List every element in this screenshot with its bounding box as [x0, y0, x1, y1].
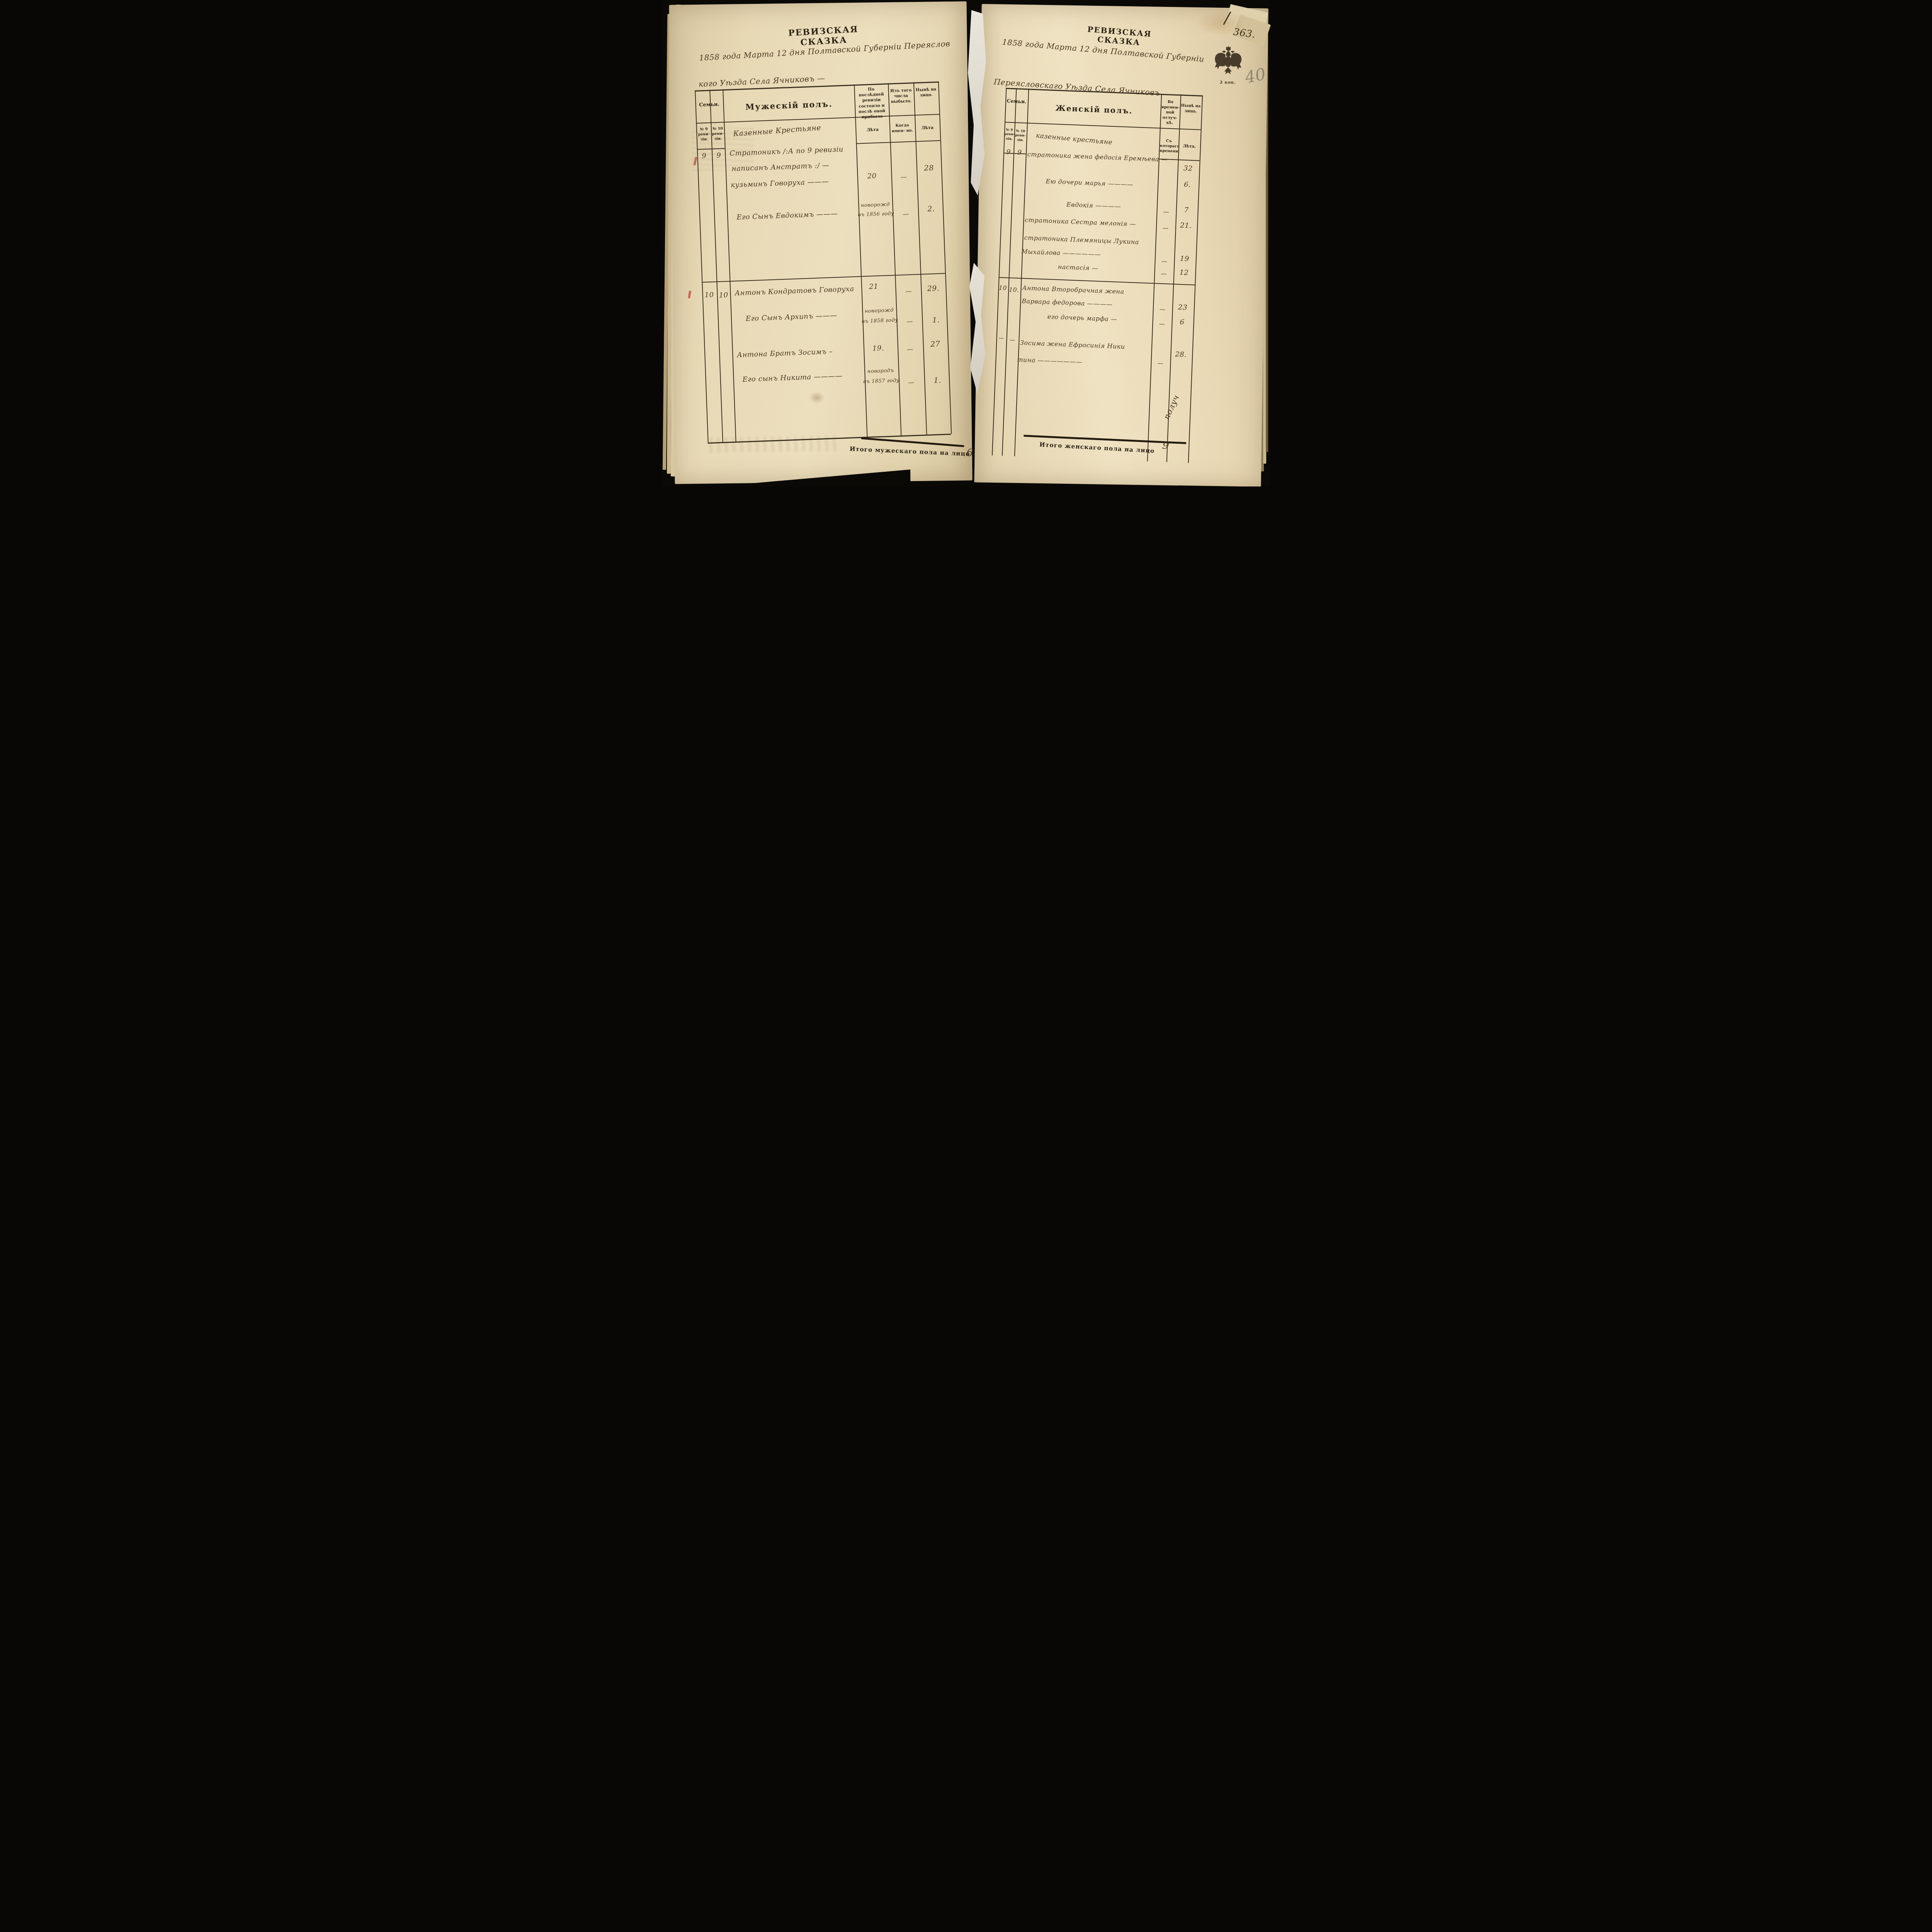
absence-dash: — — [1155, 257, 1173, 265]
age-now: 23 — [1172, 303, 1193, 312]
entry-name-line: написанъ Анстратъ :/ — — [731, 161, 829, 173]
estate-handwritten-note: казенные крестьяне — [1035, 132, 1144, 149]
revision9-subheader: № 9 реви- зіи. — [696, 127, 711, 142]
revenue-stamp: 2 коп. — [1212, 44, 1244, 89]
departed-dash: — — [899, 317, 921, 325]
absence-dash: — — [1157, 208, 1175, 216]
entry-name-line: Варвара федорова ———— — [1021, 297, 1112, 308]
entry-name-line: Его сынъ Никита ———— — [742, 372, 842, 383]
pencil-note: 40 — [1243, 65, 1267, 87]
scanned-revision-list-spread: РЕВИЗСКАЯ СКАЗКА 1858 года Марта 12 дня … — [662, 0, 1270, 486]
entry-name-line: Мыхайлова —————— — [1021, 248, 1101, 258]
entry-name-line: стратоника Племяницы Лукина — [1024, 234, 1139, 245]
right-page-female-sheet: 363. РЕВИЗСКАЯ СКАЗКА 1858 года Марта 12… — [974, 4, 1268, 486]
age-now: 7 — [1176, 206, 1197, 214]
since-when-subheader: Съ котораго времени. — [1160, 139, 1178, 154]
age-now: 28. — [1170, 350, 1191, 359]
age-now: 29. — [922, 284, 944, 293]
when-exactly-subheader: Когда имен- но. — [890, 122, 914, 134]
absence-dash: — — [1155, 270, 1173, 277]
male-table: Семьи. Мужескій полъ. По послѣдней ревиз… — [695, 82, 953, 476]
rev9-number: 9 — [698, 152, 711, 160]
newborn-note: въ 1856 году — [857, 211, 893, 218]
revision10-subheader: № 10 реви- зіи. — [711, 126, 724, 142]
temporary-absence-col-header: Во времен- ной отлуч- кѣ. — [1160, 99, 1179, 126]
rev10-number: 9 — [1014, 148, 1025, 156]
newborn-note: новорожд — [858, 201, 892, 208]
entry-name-line: стратоника жена федосія Еремѣева — — [1027, 151, 1168, 163]
table-line — [723, 89, 736, 441]
years-subheader: Лѣта — [915, 125, 939, 131]
now-present-col-header: Нынѣ на лицо. — [1180, 103, 1201, 114]
newborn-note: новородъ — [863, 367, 897, 374]
entry-name-line: Его Сынъ Архипъ ——— — [745, 311, 837, 323]
newborn-note: новорожд — [862, 307, 896, 314]
rev10-dash: — — [1007, 337, 1018, 344]
left-page-male-sheet: РЕВИЗСКАЯ СКАЗКА 1858 года Марта 12 дня … — [669, 1, 972, 484]
age-now: 21. — [1175, 221, 1196, 230]
departed-dash: — — [900, 378, 922, 386]
table-line — [697, 148, 724, 150]
age-now: 32 — [1177, 164, 1199, 173]
total-rule-line — [861, 437, 964, 447]
absence-dash: — — [1153, 320, 1171, 328]
revision10-subheader: № 10 реви- зіи. — [1014, 129, 1026, 143]
age-now: 19 — [1174, 254, 1195, 263]
departed-dash: — — [893, 173, 915, 181]
absence-dash: — — [1153, 305, 1172, 313]
age-last-revision: 19. — [866, 344, 891, 353]
family-divider-line — [702, 273, 945, 283]
years-subheader: Лѣта. — [1179, 143, 1199, 150]
rev9-number: 10 — [997, 284, 1009, 292]
stamp-value-caption: 2 коп. — [1212, 80, 1243, 85]
red-margin-mark — [688, 291, 691, 299]
age-now: 6. — [1177, 180, 1198, 189]
age-now: 6 — [1172, 318, 1193, 327]
entry-name-line: Зосима жена Ефросинія Ники — [1020, 339, 1125, 350]
age-now: 2. — [920, 204, 942, 214]
age-now: 27 — [924, 340, 946, 349]
absence-dash: — — [1156, 224, 1175, 232]
table-line — [695, 90, 708, 442]
departed-dash: — — [895, 210, 917, 218]
years-subheader: Лѣта — [856, 127, 888, 134]
table-line — [709, 90, 723, 442]
age-last-revision: 21 — [862, 282, 885, 291]
female-sex-header: Женскій полъ. — [1027, 102, 1160, 117]
female-total-value: 9 — [1162, 439, 1170, 452]
table-line — [1147, 94, 1162, 461]
male-sex-header: Мужескій полъ. — [723, 98, 855, 114]
female-table: Семьи. Женскій полъ. Во времен- ной отлу… — [991, 88, 1203, 478]
male-total-label: Итого мужескаго пола на лицо — [849, 445, 970, 457]
entry-name-line: кузьминъ Говоруха ——— — [730, 177, 829, 189]
rev10-number: 10. — [1008, 286, 1020, 294]
margin-handwritten-note: получ — [1162, 393, 1180, 421]
entry-name-line: Ею дочери марья ———— — [1045, 177, 1133, 188]
table-line — [1188, 95, 1203, 463]
departed-dash: — — [899, 345, 921, 353]
rev10-number: 9 — [713, 151, 724, 160]
rev10-number: 10 — [718, 291, 730, 299]
rev9-number: 10 — [702, 291, 716, 299]
family-col-header: Семьи. — [695, 101, 723, 109]
table-line — [696, 114, 940, 124]
table-line — [856, 140, 940, 144]
entry-name-line: стратоника Сестра мелонія — — [1024, 216, 1136, 228]
age-last-revision: 20 — [859, 172, 884, 180]
now-present-col-header: Нынѣ на лицо. — [914, 87, 938, 99]
imperial-eagle-icon — [1213, 44, 1243, 80]
entry-name-line: Стратоникъ /:А по 9 ревизіи — [729, 145, 843, 158]
family-col-header: Семьи. — [1005, 98, 1028, 105]
rev9-number: 9 — [1003, 148, 1014, 156]
revision9-subheader: № 9 реви- зіи. — [1004, 128, 1014, 141]
age-now: 1. — [926, 376, 948, 385]
entry-name-line: настасія — — [1058, 263, 1098, 272]
age-now: 12 — [1173, 268, 1194, 277]
departed-col-header: Изъ того числа выбыло. — [889, 87, 913, 105]
newborn-note: въ 1857 году — [863, 378, 898, 384]
table-line — [1014, 88, 1029, 456]
entry-name-line: Антона Второбрачная жена — [1022, 284, 1124, 295]
newborn-note: въ 1858 году — [862, 317, 897, 324]
entry-name-line: Антона Братъ Зосимъ – — [736, 347, 832, 359]
rev9-dash: — — [996, 335, 1007, 342]
absence-dash: — — [1151, 359, 1169, 367]
male-total-value: 6 — [966, 447, 974, 459]
entry-name-line: Его Сынъ Евдокимъ ——— — [736, 210, 838, 222]
previous-revision-col-header: По послѣдней ревизіи состояло и послѣ он… — [855, 86, 888, 120]
entry-name-line: Антонъ Кондратовъ Говоруха — [735, 285, 854, 297]
entry-name-line: Евдокія ———— — [1066, 201, 1121, 210]
estate-handwritten-note: Казенные Крестьяне — [733, 121, 849, 138]
age-now: 1. — [925, 315, 947, 325]
entry-name-line: его дочерь марфа — — [1047, 313, 1117, 323]
departed-dash: — — [898, 287, 920, 295]
entry-name-line: тина ——————— — [1017, 356, 1082, 366]
age-now: 28 — [918, 163, 940, 173]
